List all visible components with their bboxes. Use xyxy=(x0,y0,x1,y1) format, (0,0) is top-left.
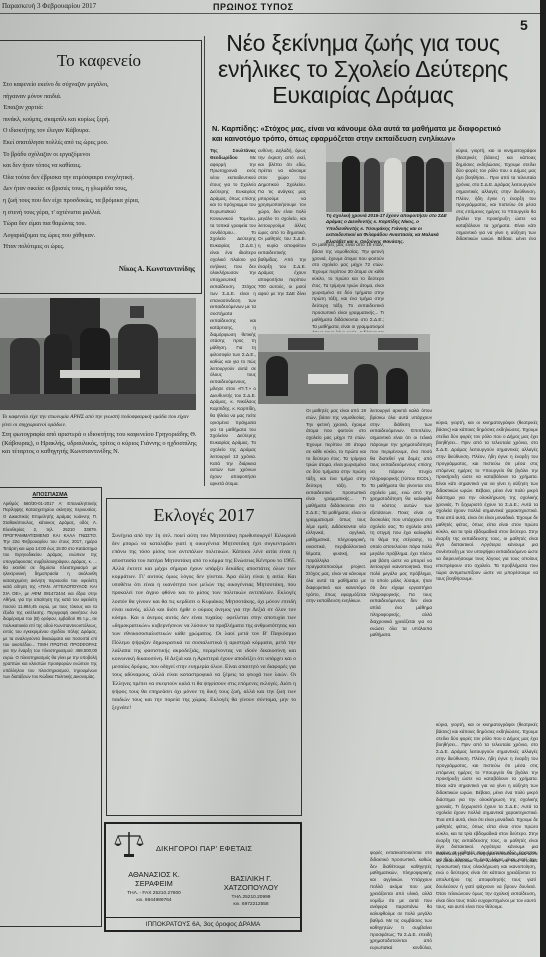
scales-of-justice-icon xyxy=(114,830,144,858)
article-subheadline: Ν. Καρπίδης: «Στόχος μας, είναι να κάνου… xyxy=(212,124,512,144)
poem-lines: Στο καφενείο εκείνο δε σύχναζαν μεγάλοι,… xyxy=(3,79,195,253)
page-header: Παρασκευή 3 Φεβρουαρίου 2017 ΠΡΩΙΝΟΣ ΤΥΠ… xyxy=(0,0,546,14)
lawyer-card-chatzopoulou: ΒΑΣΙΛΙΚΗ Γ. ΧΑΤΖΟΠΟΥΛΟΥ ΤΗΛ.25210.20999 … xyxy=(204,874,298,908)
newspaper-page: Παρασκευή 3 Φεβρουαρίου 2017 ΠΡΩΙΝΟΣ ΤΥΠ… xyxy=(0,0,546,957)
notice-text: Αριθμός 560/30-01-2017 Α' Επαναληπτικής … xyxy=(3,501,97,921)
poem-line: η ζωή τους που δεν είχε προσδοκίες, τα β… xyxy=(3,195,195,207)
poem-line: Ήταν πολύτιμες οι ώρες. xyxy=(3,241,195,253)
poem-line: Ο ιδιοκτήτης τον έλεγαν Κάβουρα. xyxy=(3,125,195,137)
lawyer-card-serafeim: ΑΘΑΝΑΣΙΟΣ Κ. ΣΕΡΑΦΕΙΜ ΤΗΛ. - FAX 25210.2… xyxy=(108,870,200,904)
ad-address: ΙΠΠΟΚΡΑΤΟΥΣ 6Α, 3ος όροφος ΔΡΑΜΑ xyxy=(106,917,300,928)
ad-header: ΔΙΚΗΓΟΡΟΙ ΠΑΡ' ΕΦΕΤΑΙΣ xyxy=(156,844,252,853)
page-number: 5 xyxy=(520,17,528,33)
article-column-4: λειτουργεί αρκετά καλά όπου βρίσκω όλα α… xyxy=(370,408,432,848)
poem-line: Όλα τούτα δεν έβρισκα την ατμόσφαιρα ενο… xyxy=(3,172,195,184)
poem-line: Το βράδυ σχόλαζαν οι εργαζόμενοι xyxy=(3,149,195,161)
article-column-6-bottom: κυρίως οι μαθητές που έρχονται εδώ, έρχο… xyxy=(436,850,536,948)
cafe-photo xyxy=(0,298,196,410)
article-column-3a: Οι μαθητές μας είναι από 18 ετών, βάσει … xyxy=(312,242,384,332)
article-column-1: Της Σουλτάνας Θεοδωρίδου Με αφορμή την Π… xyxy=(210,148,256,488)
notice-title: ΑΠΟΣΠΑΣΜΑ xyxy=(3,492,97,498)
article-column-2: ευθύνη. Δηλαδή, όμως την έκριση από εκεί… xyxy=(258,148,306,298)
newspaper-name: ΠΡΩΙΝΟΣ ΤΥΠΟΣ xyxy=(213,2,294,12)
auction-notice: ΑΠΟΣΠΑΣΜΑ Αριθμός 560/30-01-2017 Α' Επαν… xyxy=(0,487,102,927)
poem-line: και δεν ήταν τόπος να καθίσεις. xyxy=(3,160,195,172)
elections-text: Συνέχεια από την 1η σελ. ποιεί αύτη του … xyxy=(112,532,296,802)
article-headline: Νέο ξεκίνημα ζωής για τους ενήλικες το Σ… xyxy=(208,30,518,108)
article-column-3b: Οι μαθητές μας είναι από 18 ετών, βάσει … xyxy=(306,408,366,828)
staff-photo-caption: Τη σχολική χρονιά 2016-17 έχουν αποφοιτή… xyxy=(326,213,452,245)
article-column-6-continued: κύρια, γιορτή, και οι κινηματογράφοι (θε… xyxy=(436,722,538,862)
caption-italic: Το καφενείο είχε την επωνυμία ΑΡΗΣ από τ… xyxy=(2,414,189,428)
article-column-6: κύρια, γιορτή, και οι κινηματογράφοι (θε… xyxy=(436,420,538,720)
column-divider xyxy=(204,36,205,486)
poem-author: Νίκος Α. Κωνσταντινίδης xyxy=(3,265,195,273)
poem-line: Έπαιζαν χαρτιά: xyxy=(3,102,195,114)
poem-line: Στο καφενείο εκείνο δε σύχναζαν μεγάλοι, xyxy=(3,79,195,91)
page-edge-shadow xyxy=(540,0,546,957)
cafe-photo-caption: Το καφενείο είχε την επωνυμία ΑΡΗΣ από τ… xyxy=(2,413,198,457)
poem-line: Τώρα δεν είμαι πια θαμώνας του. xyxy=(3,218,195,230)
poem-box: Το καφενείο Στο καφενείο εκείνο δε σύχνα… xyxy=(0,40,202,294)
poem-line: πινάκλ, κούμπς, σκαμπίλι και κυρίως ξερή… xyxy=(3,114,195,126)
poem-title: Το καφενείο xyxy=(3,51,195,71)
lawyers-advertisement: ΔΙΚΗΓΟΡΟΙ ΠΑΡ' ΕΦΕΤΑΙΣ ΑΘΑΝΑΣΙΟΣ Κ. ΣΕΡΑ… xyxy=(104,822,302,932)
elections-column: Εκλογές 2017 Συνέχεια από την 1η σελ. πο… xyxy=(106,498,302,816)
staff-group-photo xyxy=(326,142,452,212)
article-column-4-bottom: φορές εντατικοποιούνται στο διδακτικό πρ… xyxy=(370,850,432,950)
issue-date: Παρασκευή 3 Φεβρουαρίου 2017 xyxy=(2,2,96,10)
classroom-photo xyxy=(258,334,430,404)
poem-line: Λογαριάζομαι τις ώρες που χάθηκαν. xyxy=(3,230,195,242)
poem-line: πήγαιναν μόνον παιδιά. xyxy=(3,91,195,103)
elections-title: Εκλογές 2017 xyxy=(112,505,296,526)
poem-line: Δεν ήταν οικεία: οι βρισιές τους, η γλωμ… xyxy=(3,183,195,195)
poem-line: η στενή τους γέρα, τ' αχτένιστα μαλλιά. xyxy=(3,207,195,219)
article-column-5: κύρια, γιορτή, και οι κινηματογράφοι (θε… xyxy=(456,148,536,240)
caption-text: Στη φωτογραφία από αριστερά ο ιδιοκτήτης… xyxy=(2,431,198,457)
poem-line: Εκεί σπατάλησα πολλές από τις ώρες μου. xyxy=(3,137,195,149)
